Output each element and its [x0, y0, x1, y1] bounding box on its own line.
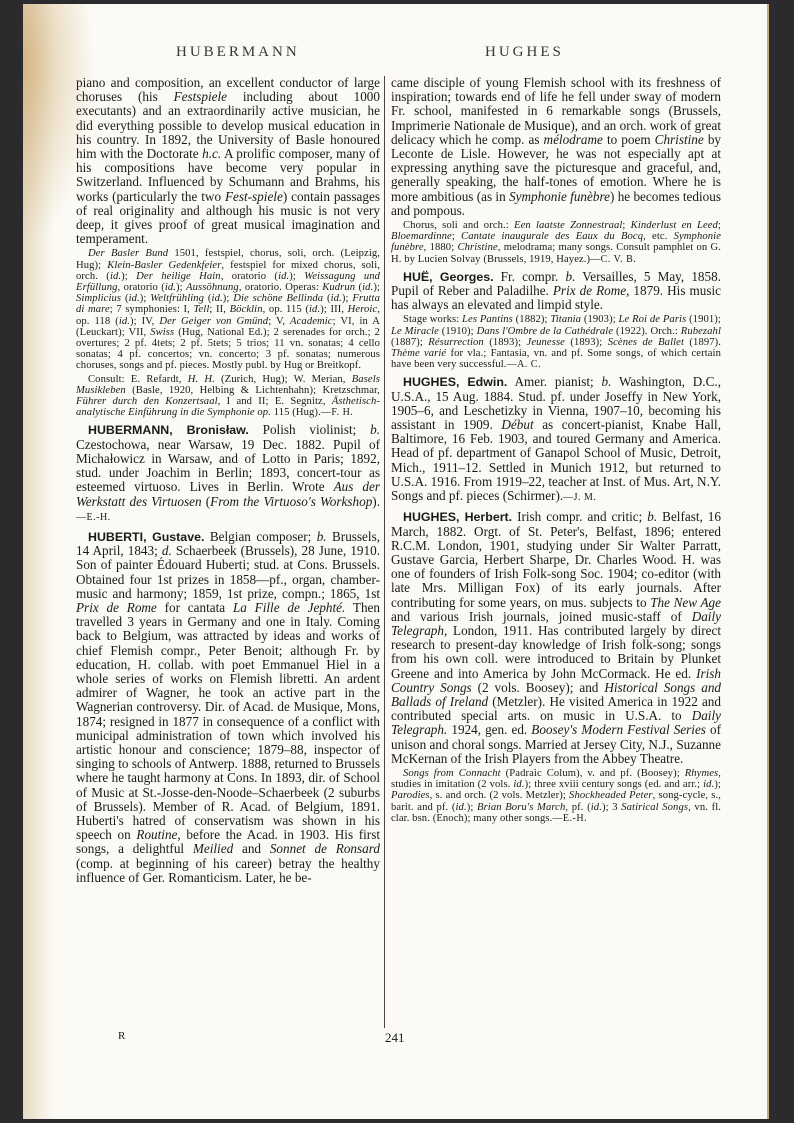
author-signature: —A. C. — [507, 359, 541, 370]
printer-signature-mark: R — [118, 1030, 125, 1042]
works-list-huberti: Chorus, soli and orch.: Een laatste Zonn… — [391, 220, 721, 265]
author-signature: —C. V. B. — [590, 254, 636, 265]
running-head-left: HUBERMANN — [176, 44, 300, 61]
right-column: came disciple of young Flemish school wi… — [391, 76, 721, 824]
running-head-right: HUGHES — [485, 44, 564, 61]
author-signature: —F. H. — [321, 407, 353, 418]
consult-hubermann-hans: Consult: E. Refardt, H. H. (Zurich, Hug)… — [76, 374, 380, 419]
headword: HUBERTI, Gustave. — [88, 530, 204, 544]
entry-hubermann-bronislaw: HUBERMANN, Bronisław. Polish violinist; … — [76, 423, 380, 524]
author-signature: —J. M. — [563, 492, 596, 503]
entry-hughes-herbert: HUGHES, Herbert. Irish compr. and critic… — [391, 510, 721, 766]
headword: HUË, Georges. — [403, 270, 494, 284]
column-divider — [384, 76, 385, 1028]
dictionary-page: HUBERMANN HUGHES piano and composition, … — [23, 4, 769, 1119]
left-column: piano and composition, an excellent cond… — [76, 76, 380, 885]
headword: HUGHES, Herbert. — [403, 510, 512, 524]
entry-hughes-edwin: HUGHES, Edwin. Amer. pianist; b. Washing… — [391, 375, 721, 505]
entry-hue-georges: HUË, Georges. Fr. compr. b. Versailles, … — [391, 270, 721, 313]
works-list-hubermann-hans: Der Basler Bund 1501, festspiel, chorus,… — [76, 248, 380, 371]
entry-huberti-gustave: HUBERTI, Gustave. Belgian composer; b. B… — [76, 530, 380, 885]
huberti-continuation: came disciple of young Flemish school wi… — [391, 76, 721, 218]
works-list-hue: Stage works: Les Pantins (1882); Titania… — [391, 314, 721, 370]
hubermann-hans-continuation: piano and composition, an excellent cond… — [76, 76, 380, 246]
headword: HUGHES, Edwin. — [403, 375, 507, 389]
author-signature: —E.-H. — [552, 813, 587, 824]
works-list-hughes-herbert: Songs from Connacht (Padraic Colum), v. … — [391, 768, 721, 824]
author-signature: —E.-H. — [76, 512, 111, 523]
page-number: 241 — [385, 1030, 405, 1046]
headword: HUBERMANN, Bronisław. — [88, 423, 249, 437]
